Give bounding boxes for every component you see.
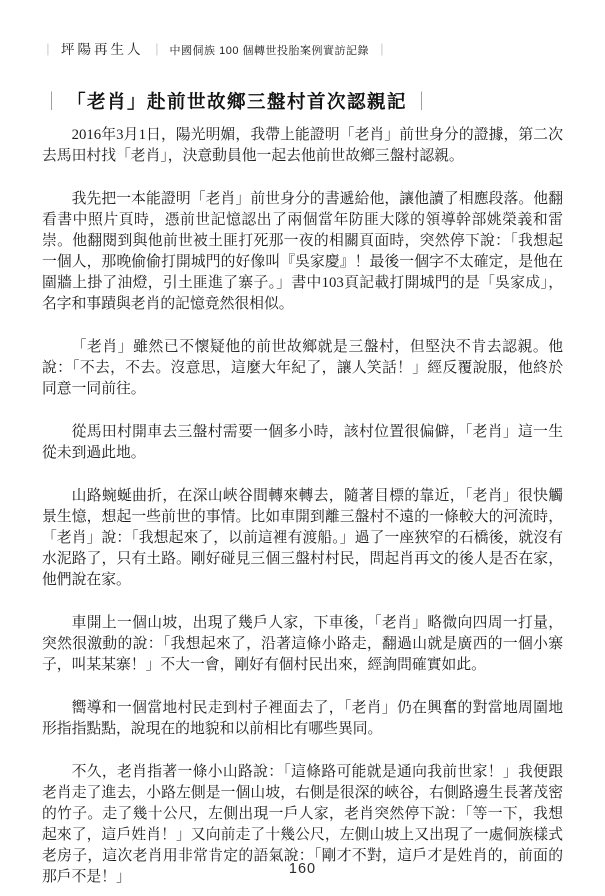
page-footer: 160 xyxy=(0,860,605,878)
running-header: ｜ 坪陽再生人 ｜ 中國侗族 100 個轉世投胎案例實訪記錄 ｜ xyxy=(42,38,563,58)
book-page: ｜ 坪陽再生人 ｜ 中國侗族 100 個轉世投胎案例實訪記錄 ｜ ｜ 「老肖」赴… xyxy=(0,0,605,896)
title-bar-right: ｜ xyxy=(417,88,428,114)
book-title: 坪陽再生人 xyxy=(61,38,144,58)
paragraph-2: 我先把一本能證明「老肖」前世身分的書遞給他，讓他讀了相應段落。他翻看書中照片頁時… xyxy=(42,189,563,315)
header-separator-bar-middle: ｜ xyxy=(153,41,160,58)
paragraph-6: 車開上一個山坡，出現了幾戶人家，下車後，「老肖」略微向四周一打量，突然很激動的說… xyxy=(42,613,563,676)
article-body: 2016年3月1日，陽光明媚，我帶上能證明「老肖」前世身分的證據，第二次去馬田村… xyxy=(42,125,563,888)
title-bar-left: ｜ xyxy=(47,88,58,114)
header-separator-bar-right: ｜ xyxy=(378,41,385,58)
article-title: ｜ 「老肖」赴前世故鄉三盤村首次認親記 ｜ xyxy=(42,88,563,114)
paragraph-1: 2016年3月1日，陽光明媚，我帶上能證明「老肖」前世身分的證據，第二次去馬田村… xyxy=(42,125,563,167)
paragraph-4: 從馬田村開車去三盤村需要一個多小時，該村位置很偏僻，「老肖」這一生從未到過此地。 xyxy=(42,422,563,464)
header-separator-bar-left: ｜ xyxy=(44,41,51,58)
paragraph-7: 嚮導和一個當地村民走到村子裡面去了，「老肖」仍在興奮的對當地周圍地形指指點點，說… xyxy=(42,698,563,740)
article-title-text: 「老肖」赴前世故鄉三盤村首次認親記 xyxy=(67,88,407,114)
paragraph-5: 山路蜿蜒曲折，在深山峽谷間轉來轉去，隨著目標的靠近，「老肖」很快觸景生憶，想起一… xyxy=(42,486,563,591)
page-number: 160 xyxy=(289,861,316,877)
paragraph-3: 「老肖」雖然已不懷疑他的前世故鄉就是三盤村，但堅決不肯去認親。他說：「不去，不去… xyxy=(42,337,563,400)
book-subtitle: 中國侗族 100 個轉世投胎案例實訪記錄 xyxy=(170,42,369,58)
